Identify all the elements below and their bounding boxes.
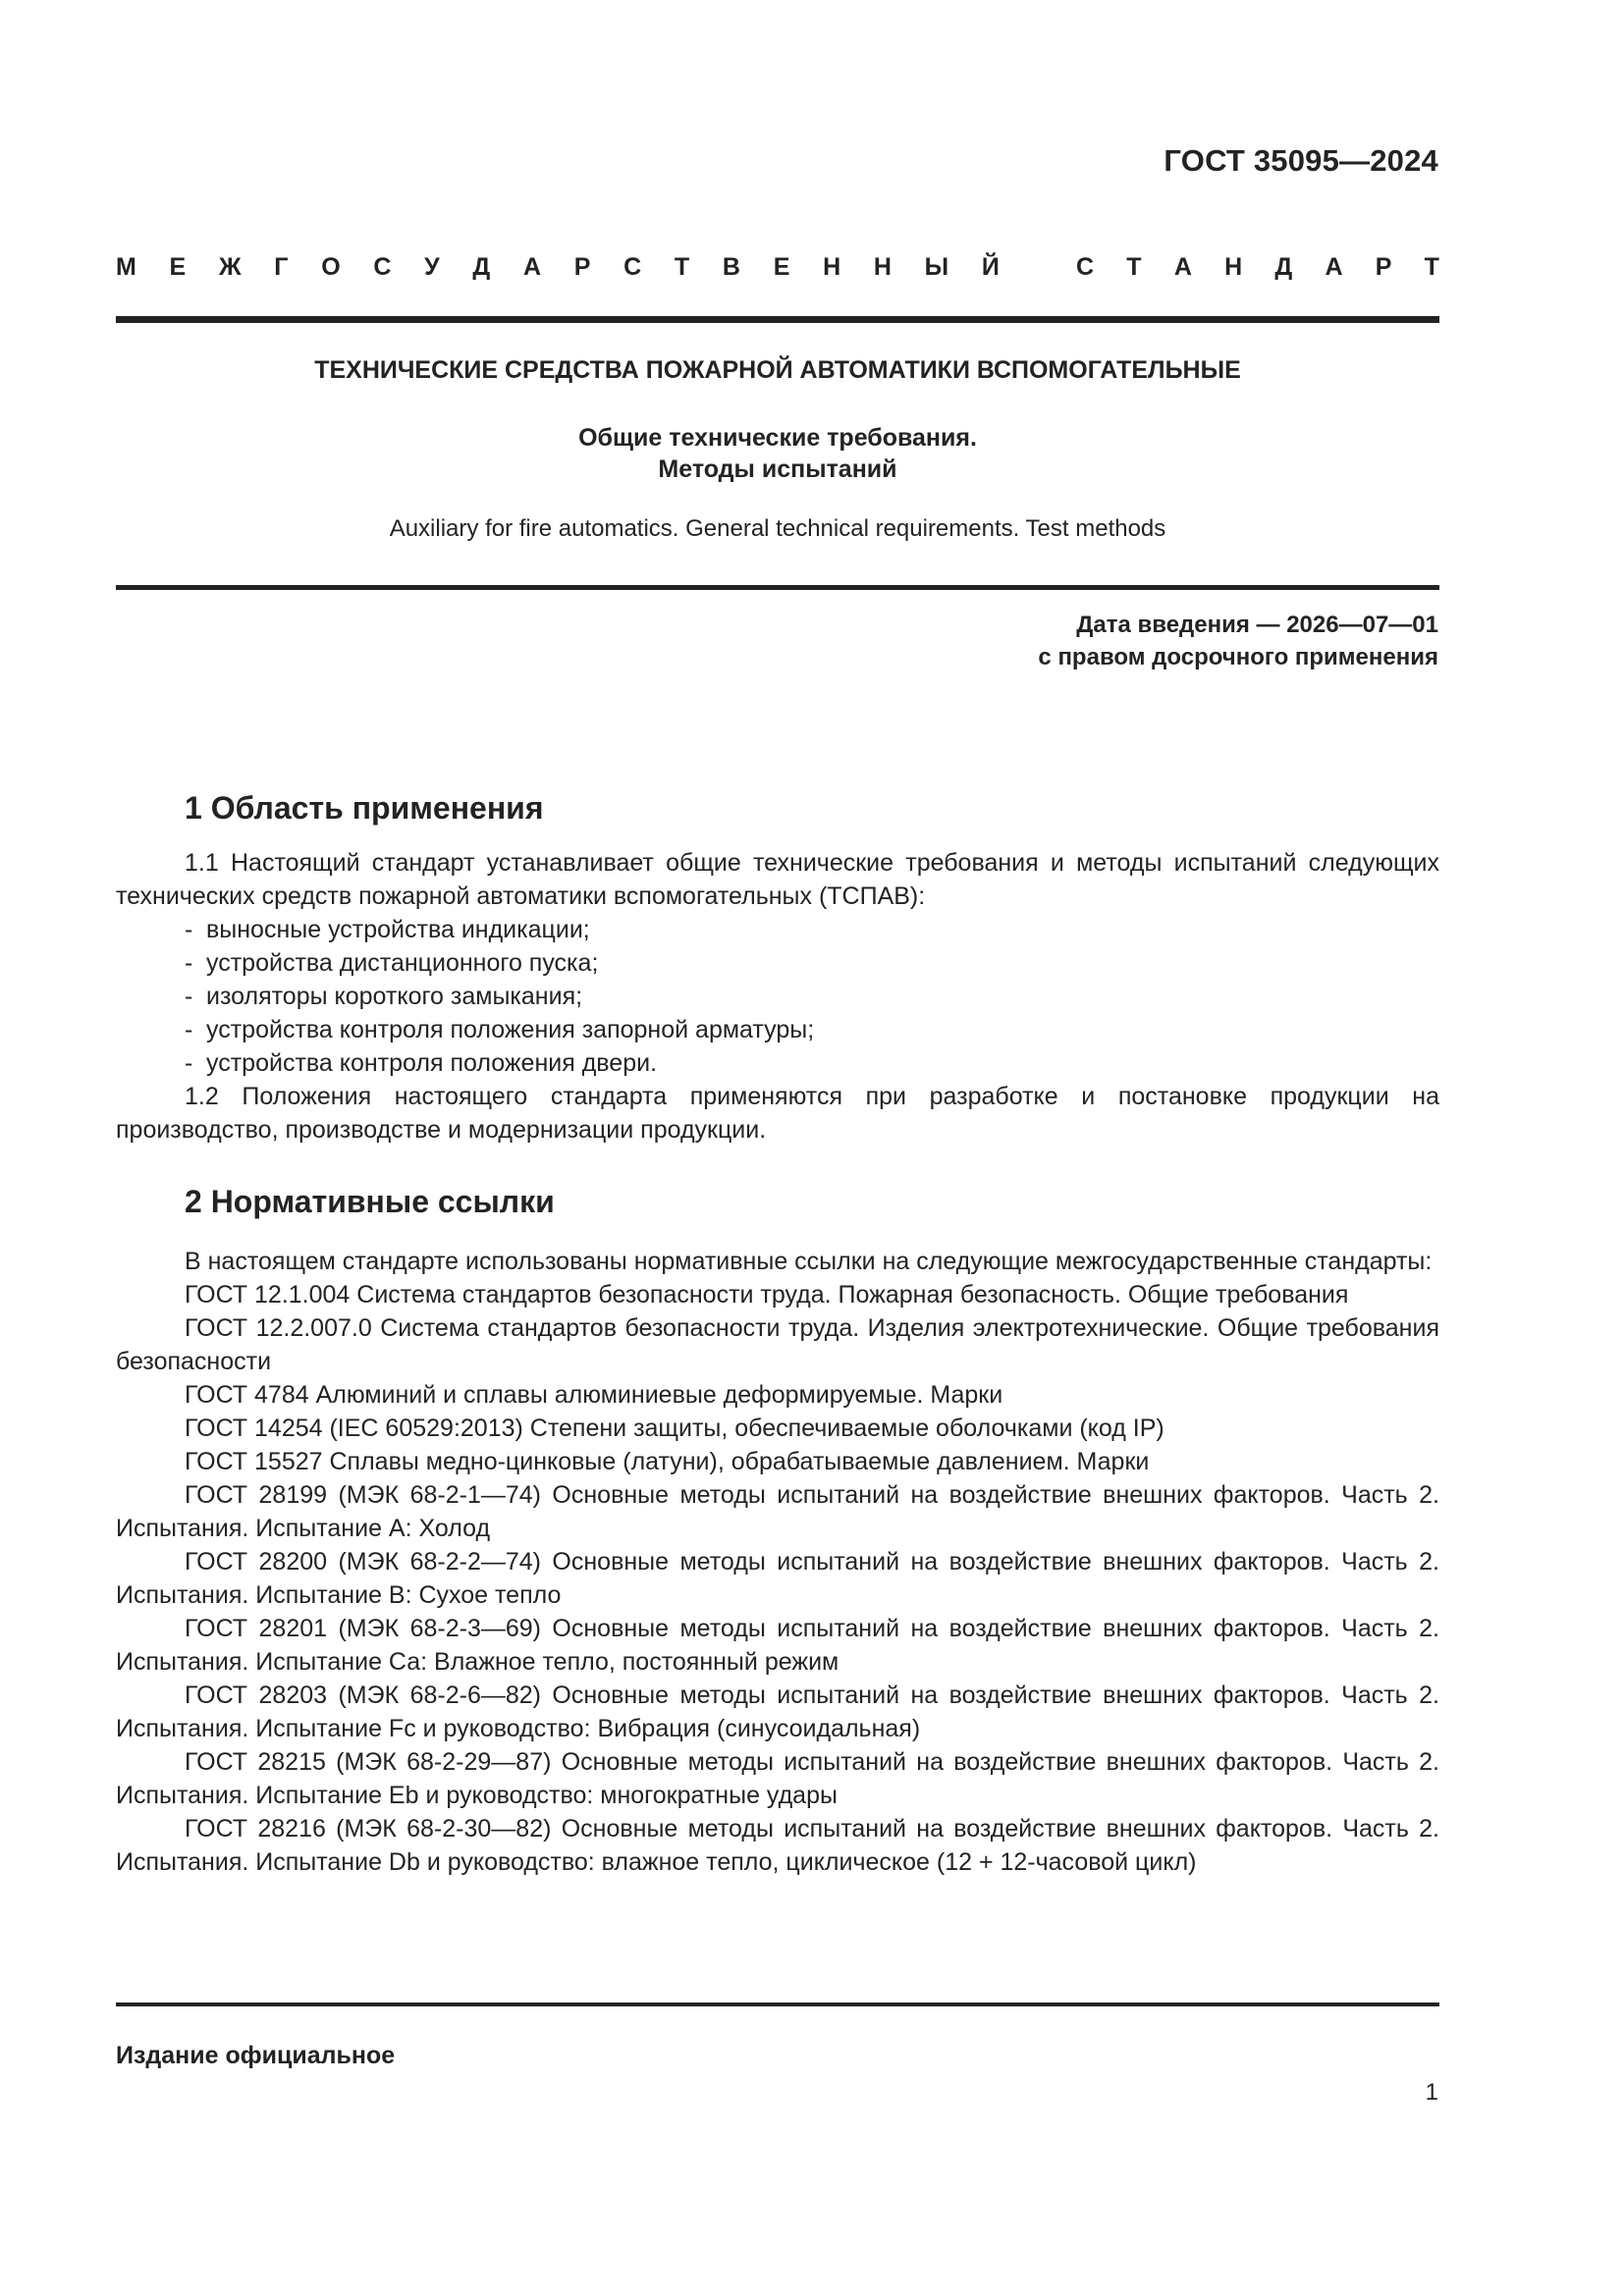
list-item-text: изоляторы короткого замыкания; [206,983,582,1010]
banner-letter: Р [1376,253,1392,282]
document-subtitle: Общие технические требования. Методы исп… [116,422,1439,485]
banner-letter: С [373,253,391,282]
banner-letter: С [623,253,641,282]
reference-item: ГОСТ 28199 (МЭК 68-2-1—74) Основные мето… [116,1478,1439,1545]
reference-item: ГОСТ 28216 (МЭК 68-2-30—82) Основные мет… [116,1812,1439,1879]
banner-letter: Т [1425,253,1439,282]
list-marker: - [185,1046,206,1080]
banner-letter: Н [823,253,840,282]
reference-item: ГОСТ 12.1.004 Система стандартов безопас… [116,1278,1439,1311]
references-list: ГОСТ 12.1.004 Система стандартов безопас… [116,1278,1439,1879]
scope-list-item: -устройства контроля положения двери. [116,1046,1439,1080]
subtitle-line-1: Общие технические требования. [116,422,1439,454]
section-2-body: В настоящем стандарте использованы норма… [116,1245,1439,1879]
list-marker: - [185,980,206,1013]
scope-list-item: -выносные устройства индикации; [116,913,1439,946]
banner-letter: Т [675,253,689,282]
reference-item: ГОСТ 15527 Сплавы медно-цинковые (латуни… [116,1445,1439,1478]
standard-type-word-2: СТАНДАРТ [1076,253,1439,282]
reference-item: ГОСТ 14254 (IEC 60529:2013) Степени защи… [116,1412,1439,1445]
reference-item: ГОСТ 28215 (МЭК 68-2-29—87) Основные мет… [116,1745,1439,1812]
list-marker: - [185,1013,206,1046]
reference-item: ГОСТ 4784 Алюминий и сплавы алюминиевые … [116,1378,1439,1412]
early-application-note: с правом досрочного применения [1038,641,1438,673]
introduction-date-line: Дата введения — 2026—07—01 [1038,609,1438,641]
banner-letter: А [1325,253,1342,282]
banner-letter: Т [1126,253,1141,282]
scope-list-item: -устройства контроля положения запорной … [116,1013,1439,1046]
scope-list-item: -устройства дистанционного пуска; [116,946,1439,980]
banner-letter: О [321,253,340,282]
list-item-text: устройства дистанционного пуска; [206,949,598,977]
banner-letter: Н [874,253,892,282]
banner-letter: Е [170,253,187,282]
standard-type-banner: МЕЖГОСУДАРСТВЕННЫЙ СТАНДАРТ [116,253,1439,282]
banner-letter: Й [982,253,1000,282]
official-edition-label: Издание официальное [116,2042,395,2070]
banner-letter: Д [472,253,490,282]
section-1-heading: 1 Область применения [185,790,544,827]
reference-item: ГОСТ 28201 (МЭК 68-2-3—69) Основные мето… [116,1612,1439,1679]
banner-letter: Ы [925,253,948,282]
list-item-text: выносные устройства индикации; [206,916,590,943]
document-title: ТЕХНИЧЕСКИЕ СРЕДСТВА ПОЖАРНОЙ АВТОМАТИКИ… [116,356,1439,385]
list-item-text: устройства контроля положения двери. [206,1049,657,1077]
banner-letter: А [523,253,541,282]
section-2-heading: 2 Нормативные ссылки [185,1184,555,1220]
paragraph-1-2: 1.2 Положения настоящего стандарта приме… [116,1080,1439,1147]
scope-list: -выносные устройства индикации;-устройст… [116,913,1439,1080]
banner-letter: С [1076,253,1094,282]
section-1-body: 1.1 Настоящий стандарт устанавливает общ… [116,846,1439,1147]
footer-rule [116,2002,1439,2006]
reference-item: ГОСТ 28203 (МЭК 68-2-6—82) Основные мето… [116,1679,1439,1745]
banner-letter: У [424,253,440,282]
references-intro: В настоящем стандарте использованы норма… [116,1245,1439,1278]
title-rule [116,585,1439,590]
scope-list-item: -изоляторы короткого замыкания; [116,980,1439,1013]
list-marker: - [185,946,206,980]
banner-letter: В [723,253,740,282]
banner-letter: Е [774,253,790,282]
paragraph-1-1: 1.1 Настоящий стандарт устанавливает общ… [116,846,1439,913]
list-item-text: устройства контроля положения запорной а… [206,1016,814,1043]
subtitle-line-2: Методы испытаний [116,454,1439,485]
banner-letter: Д [1274,253,1292,282]
banner-letter: Н [1224,253,1242,282]
banner-letter: Р [574,253,591,282]
reference-item: ГОСТ 28200 (МЭК 68-2-2—74) Основные мето… [116,1545,1439,1612]
reference-item: ГОСТ 12.2.007.0 Система стандартов безоп… [116,1311,1439,1378]
list-marker: - [185,913,206,946]
banner-letter: Г [274,253,288,282]
banner-letter: Ж [219,253,242,282]
page-number: 1 [1426,2079,1438,2107]
header-rule [116,316,1439,323]
banner-letter: А [1174,253,1192,282]
document-number: ГОСТ 35095—2024 [1164,143,1438,179]
standard-type-word-1: МЕЖГОСУДАРСТВЕННЫЙ [116,253,1000,282]
introduction-date: Дата введения — 2026—07—01 с правом доср… [1038,609,1438,673]
banner-letter: М [116,253,136,282]
english-title: Auxiliary for fire automatics. General t… [116,515,1439,543]
